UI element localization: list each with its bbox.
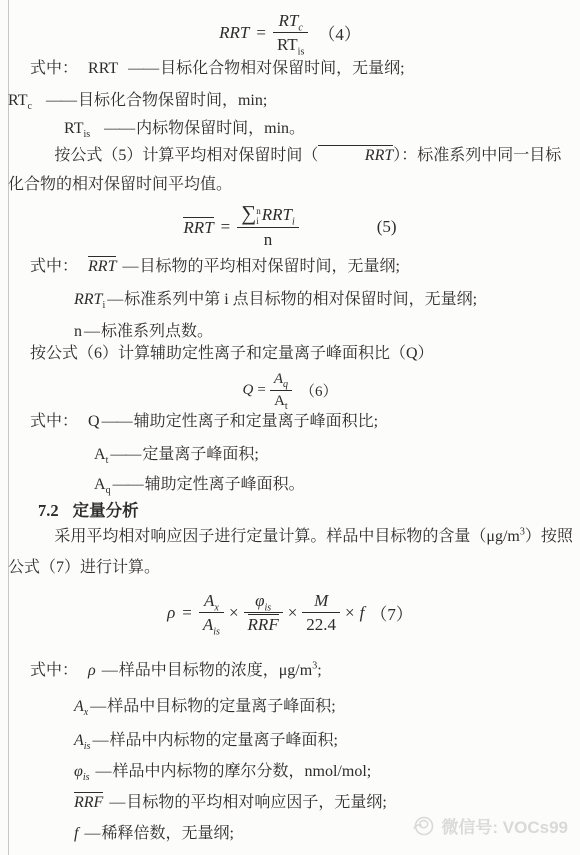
wechat-official-account-icon bbox=[411, 814, 435, 838]
page-edge-line bbox=[8, 0, 9, 855]
formula-7: ρ = Ax Ais × φis RRF × M 22.4 × f （7） bbox=[0, 590, 580, 636]
formula-6-lhs: Q bbox=[243, 382, 254, 399]
equation-number: (5) bbox=[377, 217, 397, 237]
definition-rrf-mean: RRF —目标物的平均相对响应因子，无量纲; bbox=[74, 791, 387, 815]
definition-rho: 式中：ρ —样品中目标物的浓度，μg/m3; bbox=[30, 659, 322, 683]
paragraph-formula-6: 按公式（6）计算辅助定性离子和定量离子峰面积比（Q） bbox=[30, 342, 434, 366]
formula-4: RRT = RTc RTis （4） bbox=[0, 10, 580, 56]
equation-number: （4） bbox=[318, 20, 361, 45]
formula-5-lhs: RRT bbox=[183, 217, 213, 238]
fraction: Ax Ais bbox=[199, 590, 224, 636]
equation-number: （6） bbox=[300, 380, 338, 401]
definition-rrti: RRTi—标准系列中第 i 点目标物的相对保留时间，无量纲; bbox=[74, 288, 477, 312]
fraction: ∑niRRTi n bbox=[237, 203, 299, 251]
definition-rrt: 式中：RRT ——目标化合物相对保留时间，无量纲; bbox=[30, 57, 405, 81]
formula-6: Q = Aq At （6） bbox=[0, 370, 580, 411]
equation-number: （7） bbox=[370, 600, 413, 625]
sum-icon: ∑ bbox=[241, 201, 256, 225]
definition-f: f —稀释倍数，无量纲; bbox=[74, 822, 234, 846]
definition-n: n—标准系列点数。 bbox=[74, 320, 213, 344]
definition-rtc: RTc ——目标化合物保留时间，min; bbox=[8, 89, 267, 113]
rrt-mean-symbol: RRT bbox=[318, 145, 393, 165]
definition-phi-is: φis —样品中内标物的摩尔分数，nmol/mol; bbox=[74, 760, 371, 784]
document-page: RRT = RTc RTis （4） 式中：RRT ——目标化合物相对保留时间，… bbox=[0, 0, 580, 855]
definition-rrt-mean: 式中：RRT —目标物的平均相对保留时间，无量纲; bbox=[30, 255, 400, 279]
fraction: RTc RTis bbox=[273, 10, 308, 56]
watermark-label: 微信号: VOCs99 bbox=[441, 813, 568, 838]
definition-q: 式中：Q——辅助定性离子和定量离子峰面积比; bbox=[30, 410, 378, 434]
fraction: Aq At bbox=[270, 370, 292, 411]
watermark: 微信号: VOCs99 bbox=[411, 813, 568, 838]
section-heading-7-2: 7.2定量分析 bbox=[38, 497, 139, 521]
definition-ax: Ax—样品中目标物的定量离子峰面积; bbox=[74, 695, 336, 719]
fraction: M 22.4 bbox=[302, 590, 340, 636]
formula-7-lhs: ρ bbox=[167, 603, 175, 623]
definition-aq: Aq——辅助定性离子峰面积。 bbox=[94, 473, 305, 497]
fraction: φis RRF bbox=[244, 590, 283, 636]
definition-rtis: RTis ——内标物保留时间，min。 bbox=[64, 117, 305, 141]
formula-4-lhs: RRT bbox=[219, 23, 249, 43]
definition-ais: Ais—样品中内标物的定量离子峰面积; bbox=[74, 729, 338, 753]
paragraph-formula-5: 按公式（5）计算平均相对保留时间（RRT）：标准系列中同一目标化合物的相对保留时… bbox=[8, 141, 574, 199]
paragraph-formula-7: 采用平均相对响应因子进行定量计算。样品中目标物的含量（μg/m3）按照公式（7）… bbox=[8, 521, 576, 583]
formula-5: RRT = ∑niRRTi n (5) bbox=[0, 203, 580, 251]
definition-at: At——定量离子峰面积; bbox=[94, 443, 259, 467]
